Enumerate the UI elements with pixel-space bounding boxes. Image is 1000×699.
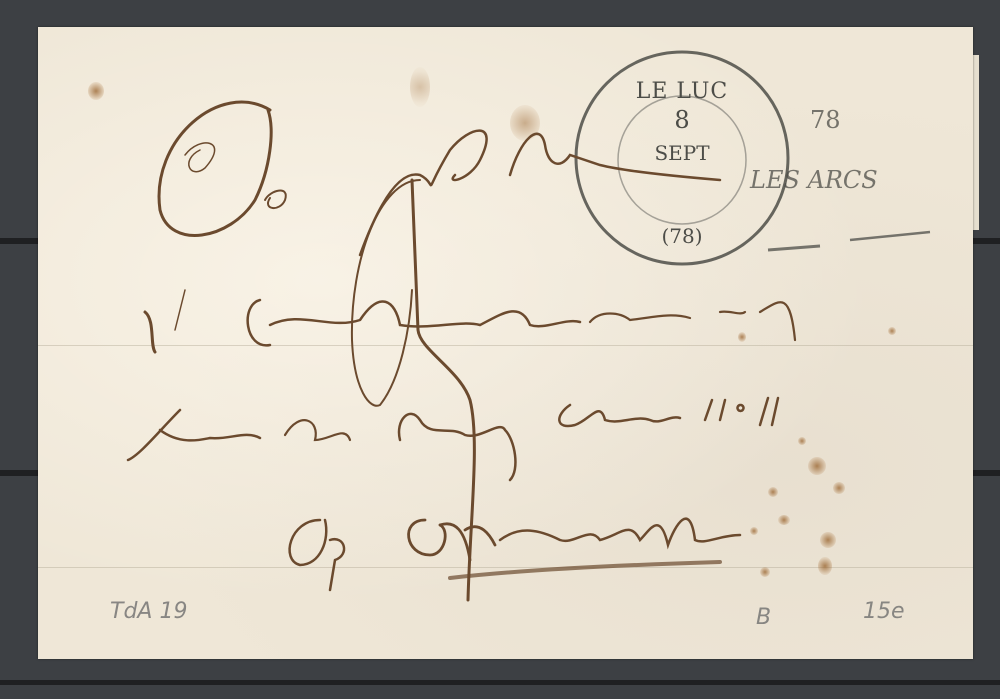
secondary-mark-number: 78 [810,106,841,134]
handwritten-address [128,102,795,600]
postmark-day: 8 [674,106,689,134]
postmark-circle: LE LUC 8 SEPT (78) [576,52,788,264]
secondary-postmark: 78 LES ARCS [749,106,930,250]
secondary-mark-town: LES ARCS [749,166,878,194]
postmark-month: SEPT [654,141,710,165]
ink-layer: LE LUC 8 SEPT (78) 78 LES ARCS [0,0,1000,699]
postmark-department: (78) [661,224,702,248]
postmark-town: LE LUC [636,79,728,104]
